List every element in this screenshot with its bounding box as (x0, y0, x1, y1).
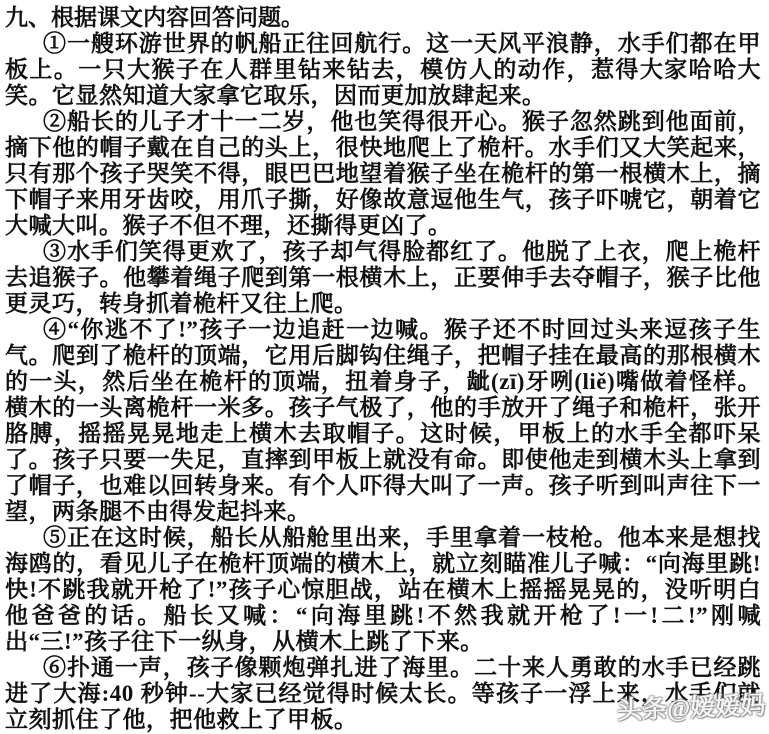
story-paragraph-4: ④“你逃不了!”孩子一边追赶一边喊。猴子还不时回过头来逗孩子生气。爬到了桅杆的顶… (5, 317, 761, 525)
story-paragraph-5: ⑤正在这时候，船长从船舱里出来，手里拿着一枝枪。他本来是想找海鸥的，看见儿子在桅… (5, 525, 761, 655)
document-page: 九、根据课文内容回答问题。 ①一艘环游世界的帆船正往回航行。这一天风平浪静，水手… (0, 0, 769, 734)
story-paragraph-1: ①一艘环游世界的帆船正往回航行。这一天风平浪静，水手们都在甲板上。一只大猴子在人… (5, 31, 761, 109)
story-paragraph-2: ②船长的儿子才十一二岁，他也笑得很开心。猴子忽然跳到他面前，摘下他的帽子戴在自己… (5, 109, 761, 239)
story-paragraph-6: ⑥扑通一声，孩子像颗炮弹扎进了海里。二十来人勇敢的水手已经跳进了大海:40 秒钟… (5, 655, 761, 733)
exercise-heading: 九、根据课文内容回答问题。 (5, 5, 761, 31)
story-paragraph-3: ③水手们笑得更欢了，孩子却气得脸都红了。他脱了上衣，爬上桅杆去追猴子。他攀着绳子… (5, 239, 761, 317)
